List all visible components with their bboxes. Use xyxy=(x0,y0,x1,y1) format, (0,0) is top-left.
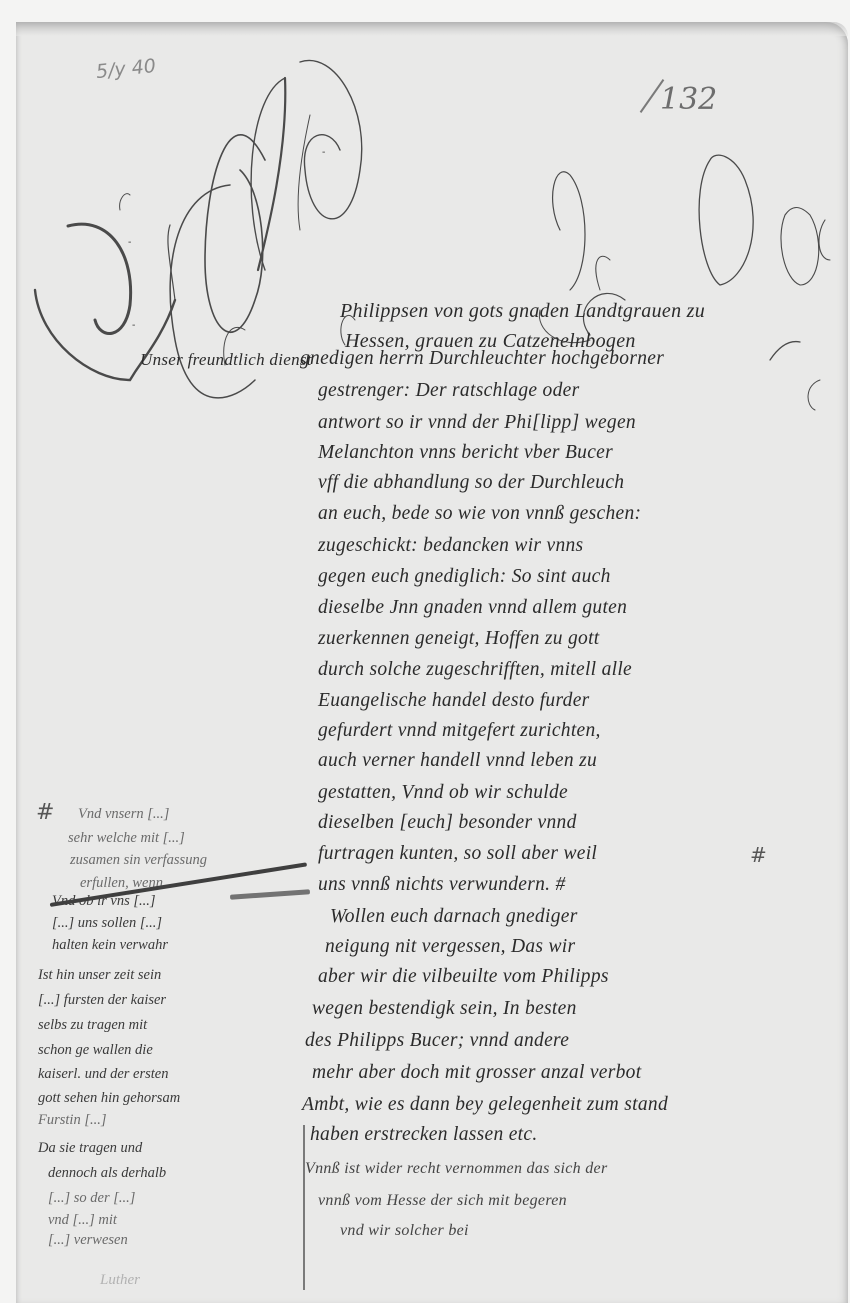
address-line-1: Philippsen von gots gnaden Landtgrauen z… xyxy=(340,300,705,323)
margin-note-line: kaiserl. und der ersten xyxy=(38,1066,168,1083)
margin-note-line: Vnd vnsern [...] xyxy=(78,806,169,823)
margin-note-line: [...] fursten der kaiser xyxy=(38,992,166,1009)
insertion-mark-icon: # xyxy=(750,843,767,867)
margin-note-line: halten kein verwahr xyxy=(52,937,168,954)
margin-note-line: zusamen sin verfassung xyxy=(70,852,207,869)
body-line: zuerkennen geneigt, Hoffen zu gott xyxy=(318,628,600,650)
margin-rule xyxy=(303,1125,305,1290)
body-line: des Philipps Bucer; vnnd andere xyxy=(305,1030,569,1052)
margin-note-line: dennoch als derhalb xyxy=(48,1165,166,1182)
body-line: neigung nit vergessen, Das wir xyxy=(325,936,575,958)
margin-note-line: [...] so der [...] xyxy=(48,1190,135,1207)
margin-note-line: [...] verwesen xyxy=(48,1232,128,1249)
svg-text:-: - xyxy=(128,237,131,248)
body-line: wegen bestendigk sein, In besten xyxy=(312,998,577,1020)
body-line: uns vnnß nichts verwundern. # xyxy=(318,874,566,896)
body-line: zugeschickt: bedancken wir vnns xyxy=(318,535,583,557)
margin-note-line: vnd [...] mit xyxy=(48,1212,117,1229)
late-addition-line: vnd wir solcher bei xyxy=(340,1222,469,1240)
margin-note-line: Furstin [...] xyxy=(38,1112,107,1129)
body-line: gefurdert vnnd mitgefert zurichten, xyxy=(318,720,601,742)
margin-note-line: Da sie tragen und xyxy=(38,1140,142,1157)
margin-note-line: selbs zu tragen mit xyxy=(38,1017,147,1034)
margin-note-line: [...] uns sollen [...] xyxy=(52,915,162,932)
body-line: Euangelische handel desto furder xyxy=(318,690,590,712)
insertion-mark-icon: # xyxy=(36,800,54,825)
svg-text:-: - xyxy=(322,147,325,158)
body-line: aber wir die vilbeuilte vom Philipps xyxy=(318,966,609,988)
body-line: haben erstrecken lassen etc. xyxy=(310,1124,538,1146)
margin-note-line: Ist hin unser zeit sein xyxy=(38,967,161,984)
margin-note-line: gott sehen hin gehorsam xyxy=(38,1090,180,1107)
body-line: dieselbe Jnn gnaden vnnd allem guten xyxy=(318,597,627,619)
margin-note-line: sehr welche mit [...] xyxy=(68,830,185,847)
body-line: auch verner handell vnnd leben zu xyxy=(318,750,597,772)
margin-note-line: schon ge wallen die xyxy=(38,1042,153,1059)
body-line: gnedigen herrn Durchleuchter hochgeborne… xyxy=(300,348,664,370)
pencil-signature: Luther xyxy=(100,1272,140,1289)
body-line: furtragen kunten, so soll aber weil xyxy=(318,843,597,865)
body-line: gestatten, Vnnd ob wir schulde xyxy=(318,782,568,804)
body-line: antwort so ir vnnd der Phi[lipp] wegen xyxy=(318,412,636,434)
late-addition-line: Vnnß ist wider recht vernommen das sich … xyxy=(305,1160,608,1178)
body-line: mehr aber doch mit grosser anzal verbot xyxy=(312,1062,641,1084)
body-line: Melanchton vnns bericht vber Bucer xyxy=(318,442,613,464)
late-addition-line: vnnß vom Hesse der sich mit begeren xyxy=(318,1192,567,1210)
body-line: gegen euch gnediglich: So sint auch xyxy=(318,566,611,588)
body-line: Ambt, wie es dann bey gelegenheit zum st… xyxy=(302,1094,668,1116)
body-line: vff die abhandlung so der Durchleuch xyxy=(318,472,624,494)
body-line: gestrenger: Der ratschlage oder xyxy=(318,380,580,402)
salutation: Unser freundtlich dienst xyxy=(140,350,312,370)
body-line: an euch, bede so wie von vnnß geschen: xyxy=(318,503,641,525)
body-line: durch solche zugeschrifften, mitell alle xyxy=(318,659,632,681)
body-line: Wollen euch darnach gnediger xyxy=(330,906,578,928)
svg-text:-: - xyxy=(132,320,135,331)
body-line: dieselben [euch] besonder vnnd xyxy=(318,812,577,834)
